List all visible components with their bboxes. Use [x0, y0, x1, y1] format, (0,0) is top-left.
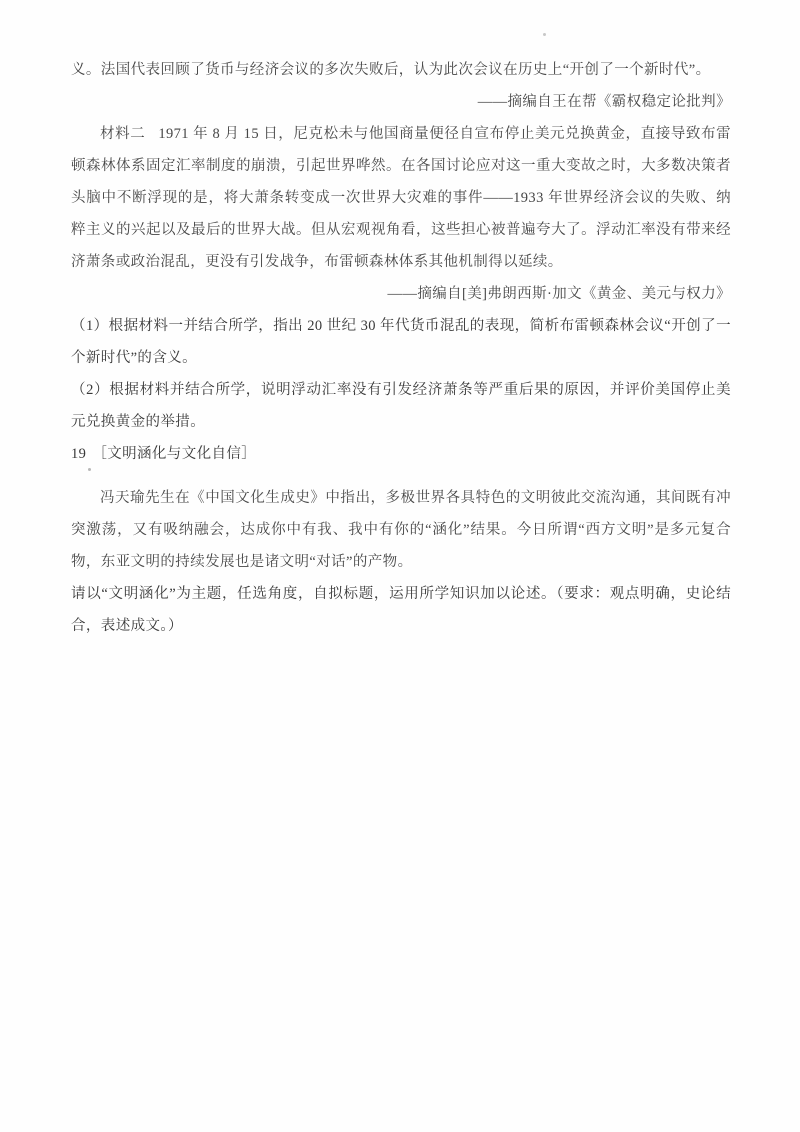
question-19-task-text: 请以“文明涵化”为主题，任选角度，自拟标题，运用所学知识加以论述。（要求：观点明… — [71, 578, 731, 642]
material-1-continuation-text: 义。法国代表回顾了货币与经济会议的多次失败后，认为此次会议在历史上“开创了一个新… — [71, 54, 731, 86]
page-content: 义。法国代表回顾了货币与经济会议的多次失败后，认为此次会议在历史上“开创了一个新… — [71, 54, 731, 642]
sub-question-2: （2）根据材料并结合所学，说明浮动汇率没有引发经济萧条等严重后果的原因，并评价美… — [71, 374, 731, 438]
scan-artifact-dot — [543, 33, 546, 36]
sub-question-1: （1）根据材料一并结合所学，指出 20 世纪 30 年代货币混乱的表现，简析布雷… — [71, 310, 731, 374]
question-19-block: 19［文明涵化与文化自信］ 冯天瑜先生在《中国文化生成史》中指出，多极世界各具特… — [71, 438, 731, 642]
question-19-material-text: 冯天瑜先生在《中国文化生成史》中指出，多极世界各具特色的文明彼此交流沟通，其间既… — [71, 482, 731, 578]
question-19-topic-title: ［文明涵化与文化自信］ — [92, 446, 256, 462]
material-2-paragraph: 材料二1971 年 8 月 15 日，尼克松未与他国商量便径自宣布停止美元兑换黄… — [71, 118, 731, 278]
material-1-source-attribution: ——摘编自王在帮《霸权稳定论批判》 — [71, 86, 731, 118]
material-2-source-attribution: ——摘编自[美]弗朗西斯·加文《黄金、美元与权力》 — [71, 278, 731, 310]
material-2-text: 1971 年 8 月 15 日，尼克松未与他国商量便径自宣布停止美元兑换黄金，直… — [71, 126, 731, 270]
question-19-number: 19 — [71, 446, 86, 462]
question-19-header: 19［文明涵化与文化自信］ — [71, 438, 731, 470]
exam-page: 义。法国代表回顾了货币与经济会议的多次失败后，认为此次会议在历史上“开创了一个新… — [0, 0, 800, 1132]
question-18-block: 义。法国代表回顾了货币与经济会议的多次失败后，认为此次会议在历史上“开创了一个新… — [71, 54, 731, 438]
material-2-label: 材料二 — [100, 126, 145, 142]
